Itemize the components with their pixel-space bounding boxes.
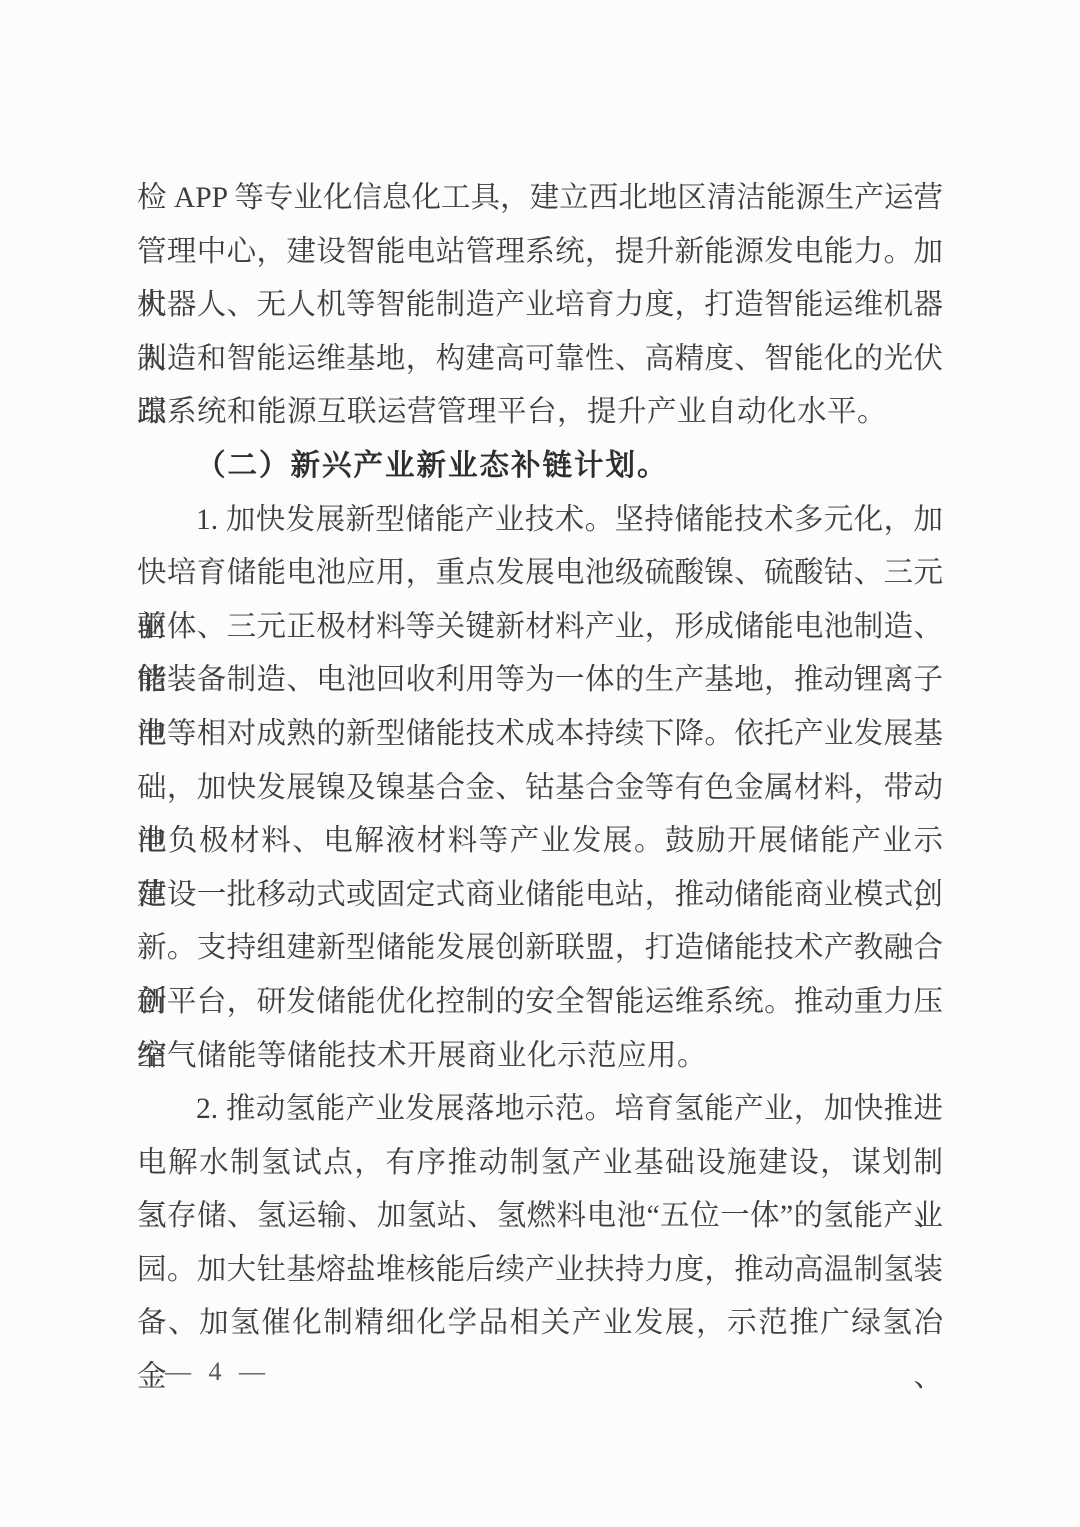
text-line: 检 APP 等专业化信息化工具，建立西北地区清洁能源生产运营	[137, 172, 943, 226]
text-line: 新。支持组建新型储能发展创新联盟，打造储能技术产教融合创	[137, 922, 943, 976]
page-number: — 4 —	[165, 1352, 266, 1392]
text-line: 能装备制造、电池回收利用等为一体的生产基地，推动锂离子电	[137, 654, 943, 708]
document-page: 检 APP 等专业化信息化工具，建立西北地区清洁能源生产运营 管理中心，建设智能…	[0, 0, 1080, 1527]
section-heading: （二）新兴产业新业态补链计划。	[137, 440, 943, 494]
text-line: 快培育储能电池应用，重点发展电池级硫酸镍、硫酸钴、三元前	[137, 547, 943, 601]
text-line: 建设一批移动式或固定式商业储能电站，推动储能商业模式创	[137, 869, 943, 923]
text-line: 池等相对成熟的新型储能技术成本持续下降。依托产业发展基	[137, 708, 943, 762]
text-line: 踪系统和能源互联运营管理平台，提升产业自动化水平。	[137, 386, 943, 440]
document-body: 检 APP 等专业化信息化工具，建立西北地区清洁能源生产运营 管理中心，建设智能…	[137, 172, 943, 1351]
text-line: 备、加氢催化制精细化学品相关产业发展，示范推广绿氢冶金、	[137, 1297, 943, 1351]
text-line: 氢存储、氢运输、加氢站、氢燃料电池“五位一体”的氢能产业	[137, 1190, 943, 1244]
text-line: 园。加大钍基熔盐堆核能后续产业扶持力度，推动高温制氢装	[137, 1244, 943, 1298]
text-line: 驱体、三元正极材料等关键新材料产业，形成储能电池制造、储	[137, 601, 943, 655]
text-line: 制造和智能运维基地，构建高可靠性、高精度、智能化的光伏跟	[137, 333, 943, 387]
text-line: 管理中心，建设智能电站管理系统，提升新能源发电能力。加大	[137, 226, 943, 280]
text-line: 池负极材料、电解液材料等产业发展。鼓励开展储能产业示范，	[137, 815, 943, 869]
text-line: 电解水制氢试点，有序推动制氢产业基础设施建设，谋划制氢、	[137, 1137, 943, 1191]
text-line: 机器人、无人机等智能制造产业培育力度，打造智能运维机器人	[137, 279, 943, 333]
text-line: 础，加快发展镍及镍基合金、钴基合金等有色金属材料，带动电	[137, 762, 943, 816]
paragraph-start-line: 1. 加快发展新型储能产业技术。坚持储能技术多元化，加	[137, 494, 943, 548]
text-line: 新平台，研发储能优化控制的安全智能运维系统。推动重力压缩	[137, 976, 943, 1030]
paragraph-start-line: 2. 推动氢能产业发展落地示范。培育氢能产业，加快推进	[137, 1083, 943, 1137]
text-line: 空气储能等储能技术开展商业化示范应用。	[137, 1030, 943, 1084]
